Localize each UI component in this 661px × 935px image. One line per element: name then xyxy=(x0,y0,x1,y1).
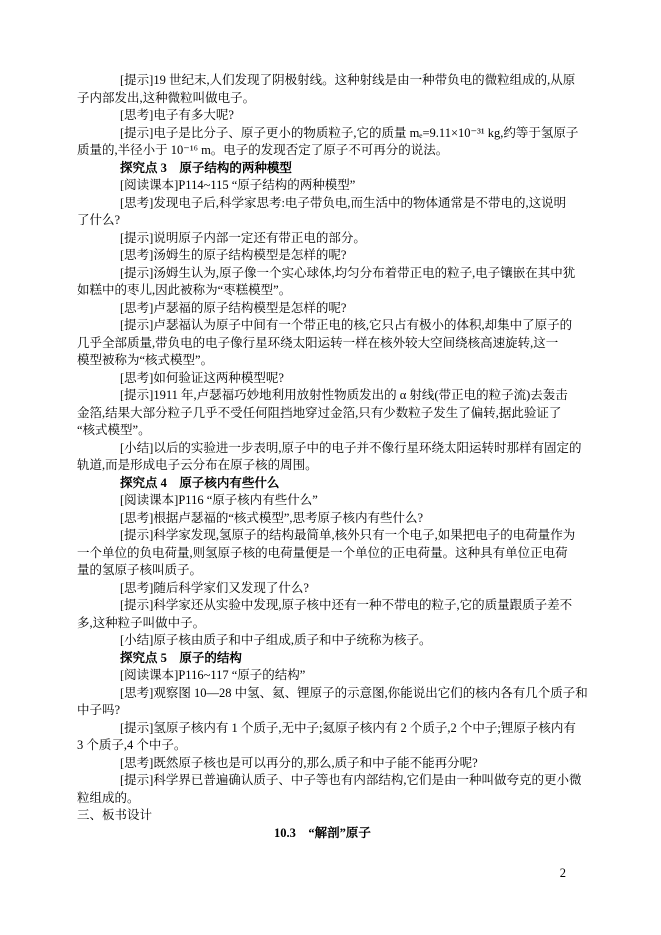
text-line: 质量的,半径小于 10⁻¹⁶ m。电子的发现否定了原子不可再分的说法。 xyxy=(77,142,568,160)
text-line: [阅读课本]P116 “原子核内有些什么” xyxy=(77,492,568,510)
text-line: 几乎全部质量,带负电的电子像行星环绕太阳运转一样在核外较大空间绕核高速旋转,这一 xyxy=(77,335,568,353)
text-line: [思考]汤姆生的原子结构模型是怎样的呢? xyxy=(77,247,568,265)
text-line: [提示]科学家还从实验中发现,原子核中还有一种不带电的粒子,它的质量跟质子差不 xyxy=(77,597,568,615)
text-line: 了什么? xyxy=(77,212,568,230)
text-line: 三、板书设计 xyxy=(77,807,568,825)
text-line: [思考]卢瑟福的原子结构模型是怎样的呢? xyxy=(77,300,568,318)
text-line: [思考]既然原子核也是可以再分的,那么,质子和中子能不能再分呢? xyxy=(77,755,568,773)
text-line: [小结]原子核由质子和中子组成,质子和中子统称为核子。 xyxy=(77,632,568,650)
text-line: [阅读课本]P116~117 “原子的结构” xyxy=(77,667,568,685)
text-line: [提示]汤姆生认为,原子像一个实心球体,均匀分布着带正电的粒子,电子镶嵌在其中犹 xyxy=(77,265,568,283)
text-line: 3 个质子,4 个中子。 xyxy=(77,737,568,755)
text-line: 子内部发出,这种微粒叫做电子。 xyxy=(77,90,568,108)
text-line: [提示]科学家发现,氢原子的结构最简单,核外只有一个电子,如果把电子的电荷量作为 xyxy=(77,527,568,545)
text-line: [思考]如何验证这两种模型呢? xyxy=(77,370,568,388)
text-line: [思考]观察图 10—28 中氢、氦、锂原子的示意图,你能说出它们的核内各有几个… xyxy=(77,685,568,703)
text-line: [思考]随后科学家们又发现了什么? xyxy=(77,580,568,598)
text-line: [提示]说明原子内部一定还有带正电的部分。 xyxy=(77,230,568,248)
page-number: 2 xyxy=(560,866,566,880)
text-line: 多,这种粒子叫做中子。 xyxy=(77,615,568,633)
text-line: [思考]根据卢瑟福的“核式模型”,思考原子核内有些什么? xyxy=(77,510,568,528)
text-line: 中子吗? xyxy=(77,702,568,720)
text-line: “核式模型”。 xyxy=(77,422,568,440)
text-line: 轨道,而是形成电子云分布在原子核的周围。 xyxy=(77,457,568,475)
text-line: [提示]卢瑟福认为原子中间有一个带正电的核,它只占有极小的体积,却集中了原子的 xyxy=(77,317,568,335)
section-heading: 探究点 3 原子结构的两种模型 xyxy=(77,160,568,178)
text-line: [阅读课本]P114~115 “原子结构的两种模型” xyxy=(77,177,568,195)
text-line: 量的氢原子核叫质子。 xyxy=(77,562,568,580)
text-line: 粒组成的。 xyxy=(77,790,568,808)
board-title: 10.3 “解剖”原子 xyxy=(77,825,568,843)
section-heading: 探究点 4 原子核内有些什么 xyxy=(77,475,568,493)
text-line: 如糕中的枣儿,因此被称为“枣糕模型”。 xyxy=(77,282,568,300)
text-line: [提示]科学界已普遍确认质子、中子等也有内部结构,它们是由一种叫做夸克的更小微 xyxy=(77,772,568,790)
document-body: [提示]19 世纪末,人们发现了阴极射线。这种射线是由一种带负电的微粒组成的,从… xyxy=(77,72,568,842)
text-line: [提示]电子是比分子、原子更小的物质粒子,它的质量 mₑ=9.11×10⁻³¹ … xyxy=(77,125,568,143)
document-page: [提示]19 世纪末,人们发现了阴极射线。这种射线是由一种带负电的微粒组成的,从… xyxy=(0,0,661,935)
text-line: [提示]1911 年,卢瑟福巧妙地利用放射性物质发出的 α 射线(带正电的粒子流… xyxy=(77,387,568,405)
text-line: [提示]氢原子核内有 1 个质子,无中子;氦原子核内有 2 个质子,2 个中子;… xyxy=(77,720,568,738)
text-line: 金箔,结果大部分粒子几乎不受任何阻挡地穿过金箔,只有少数粒子发生了偏转,据此验证… xyxy=(77,405,568,423)
text-line: [思考]电子有多大呢? xyxy=(77,107,568,125)
text-line: 一个单位的负电荷量,则氢原子核的电荷量便是一个单位的正电荷量。这种具有单位正电荷 xyxy=(77,545,568,563)
text-line: [提示]19 世纪末,人们发现了阴极射线。这种射线是由一种带负电的微粒组成的,从… xyxy=(77,72,568,90)
section-heading: 探究点 5 原子的结构 xyxy=(77,650,568,668)
text-line: 模型被称为“核式模型”。 xyxy=(77,352,568,370)
text-line: [小结]以后的实验进一步表明,原子中的电子并不像行星环绕太阳运转时那样有固定的 xyxy=(77,440,568,458)
text-line: [思考]发现电子后,科学家思考:电子带负电,而生活中的物体通常是不带电的,这说明 xyxy=(77,195,568,213)
